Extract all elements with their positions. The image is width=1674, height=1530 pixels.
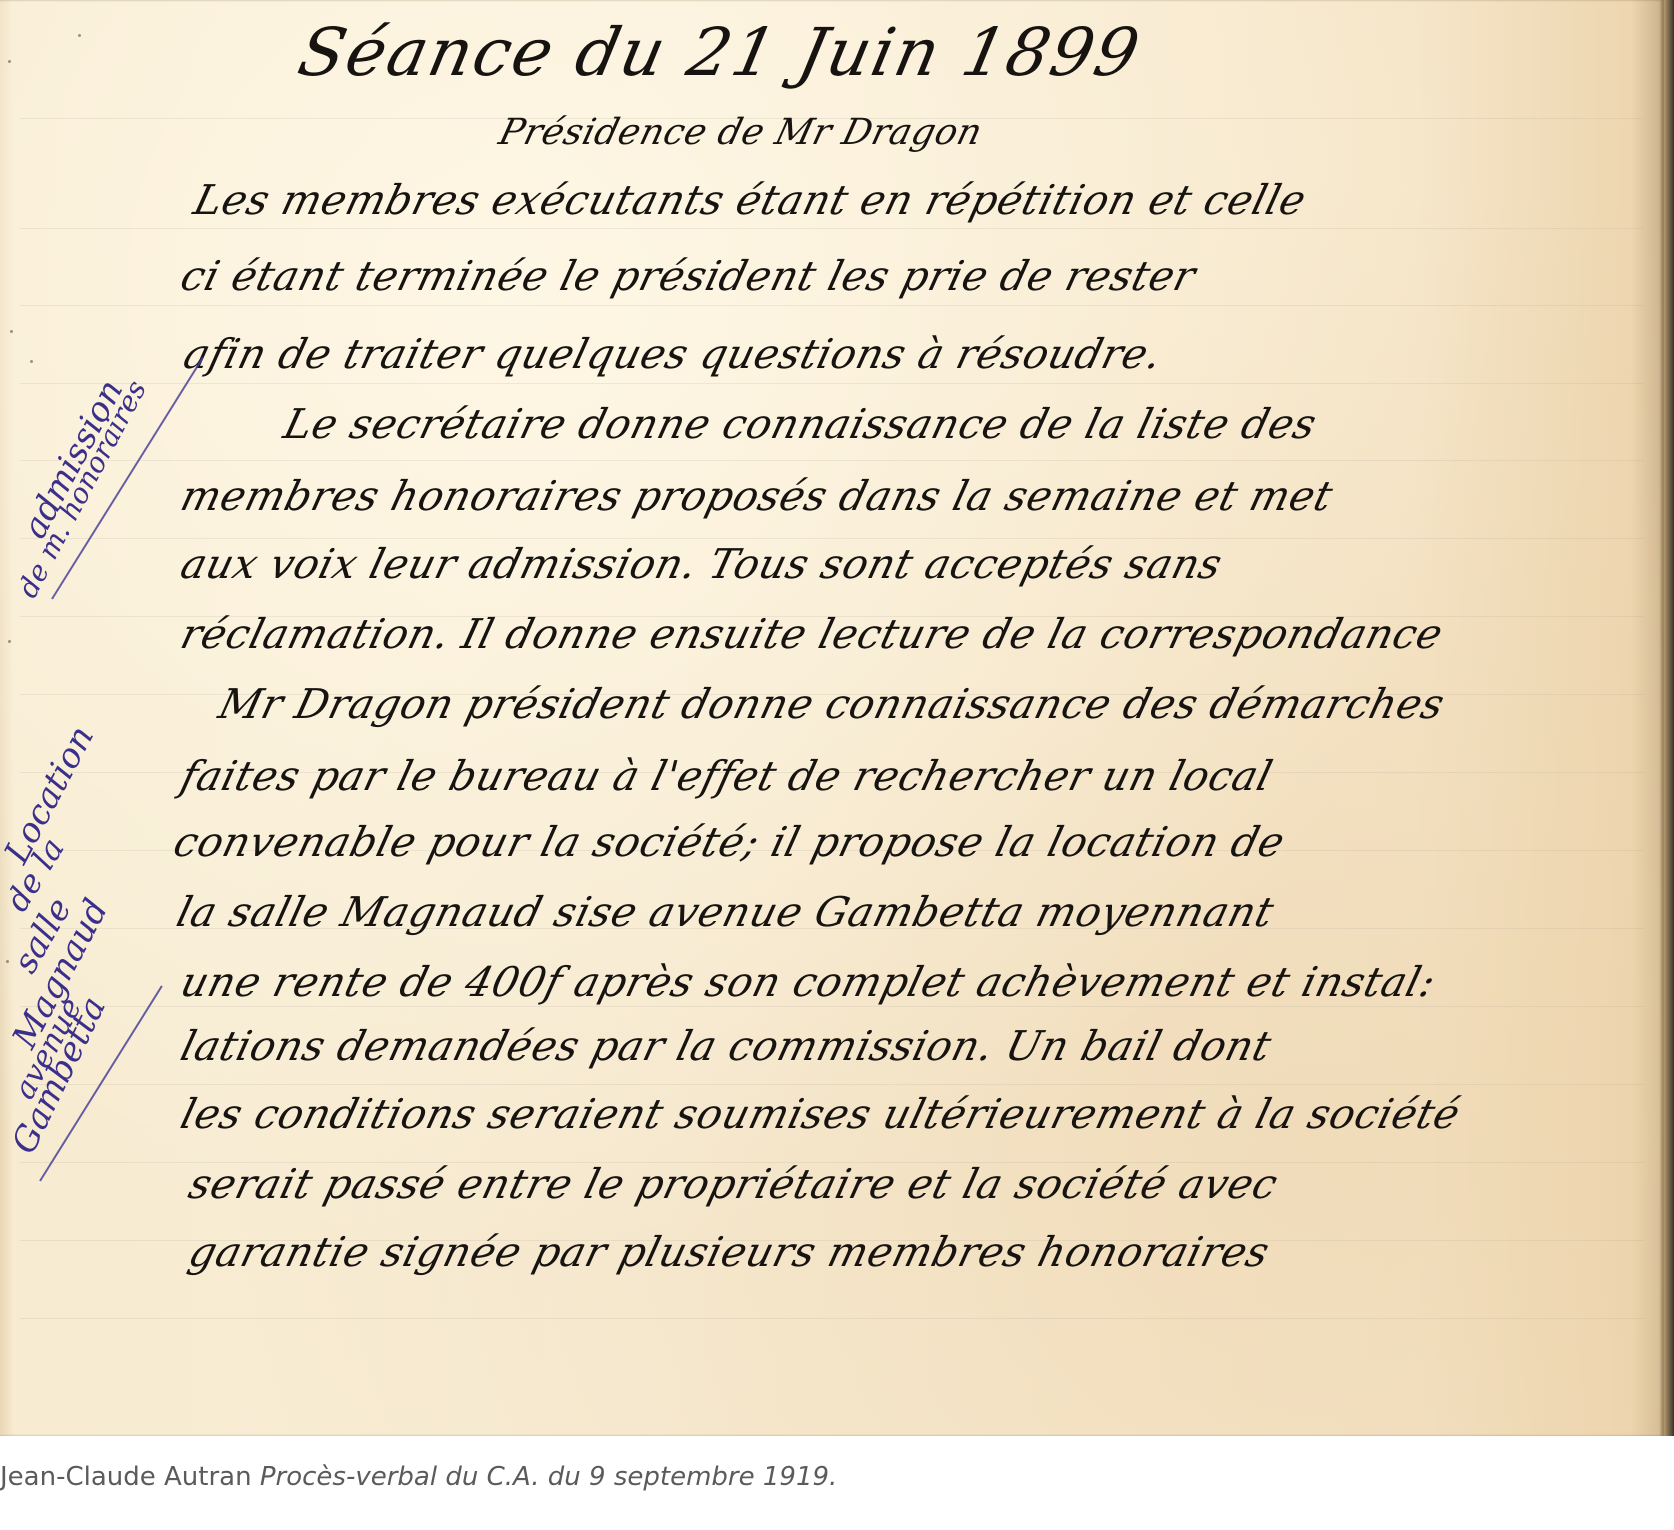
manuscript-line: convenable pour la société; il propose l… xyxy=(169,818,1290,866)
figure-caption: Jean-Claude Autran Procès-verbal du C.A.… xyxy=(0,1462,837,1492)
ruled-line xyxy=(20,305,1644,306)
manuscript-line: réclamation. Il donne ensuite lecture de… xyxy=(176,610,1448,658)
manuscript-page: Séance du 21 Juin 1899 Présidence de Mr … xyxy=(0,0,1664,1436)
ruled-line xyxy=(20,228,1644,229)
manuscript-line: les conditions seraient soumises ultérie… xyxy=(176,1090,1465,1138)
manuscript-line: garantie signée par plusieurs membres ho… xyxy=(184,1228,1274,1276)
manuscript-line: lations demandées par la commission. Un … xyxy=(176,1022,1276,1070)
ruled-line xyxy=(20,538,1644,539)
caption-title: Procès-verbal du C.A. du 9 septembre 191… xyxy=(260,1462,837,1492)
ruled-line xyxy=(20,460,1644,461)
paper-speck xyxy=(8,60,11,63)
manuscript-line: membres honoraires proposés dans la sema… xyxy=(176,472,1338,520)
page-edge xyxy=(1664,0,1674,1436)
paper-speck xyxy=(10,330,13,333)
caption-author: Jean-Claude Autran xyxy=(0,1462,252,1492)
paper-speck xyxy=(78,34,81,37)
manuscript-line: une rente de 400f après son complet achè… xyxy=(176,958,1441,1006)
manuscript-line: Le secrétaire donne connaissance de la l… xyxy=(279,400,1322,448)
paper-speck xyxy=(30,360,33,363)
manuscript-line: faites par le bureau à l'effet de recher… xyxy=(176,752,1277,800)
ruled-line xyxy=(20,1084,1644,1085)
manuscript-line: Les membres exécutants étant en répétiti… xyxy=(189,176,1311,224)
paper-speck xyxy=(8,640,11,643)
ruled-line xyxy=(20,1318,1644,1319)
session-title: Séance du 21 Juin 1899 xyxy=(292,14,1148,91)
manuscript-line: afin de traiter quelques questions à rés… xyxy=(179,330,1167,378)
presidency-subtitle: Présidence de Mr Dragon xyxy=(495,112,987,153)
manuscript-figure: Séance du 21 Juin 1899 Présidence de Mr … xyxy=(0,0,1674,1436)
manuscript-line: aux voix leur admission. Tous sont accep… xyxy=(176,540,1227,588)
manuscript-line: Mr Dragon président donne connaissance d… xyxy=(214,680,1449,728)
manuscript-line: ci étant terminée le président les prie … xyxy=(176,252,1201,300)
ruled-line xyxy=(20,1006,1644,1007)
manuscript-line: serait passé entre le propriétaire et la… xyxy=(184,1160,1283,1208)
manuscript-line: la salle Magnaud sise avenue Gambetta mo… xyxy=(172,888,1279,936)
ruled-line xyxy=(20,383,1644,384)
